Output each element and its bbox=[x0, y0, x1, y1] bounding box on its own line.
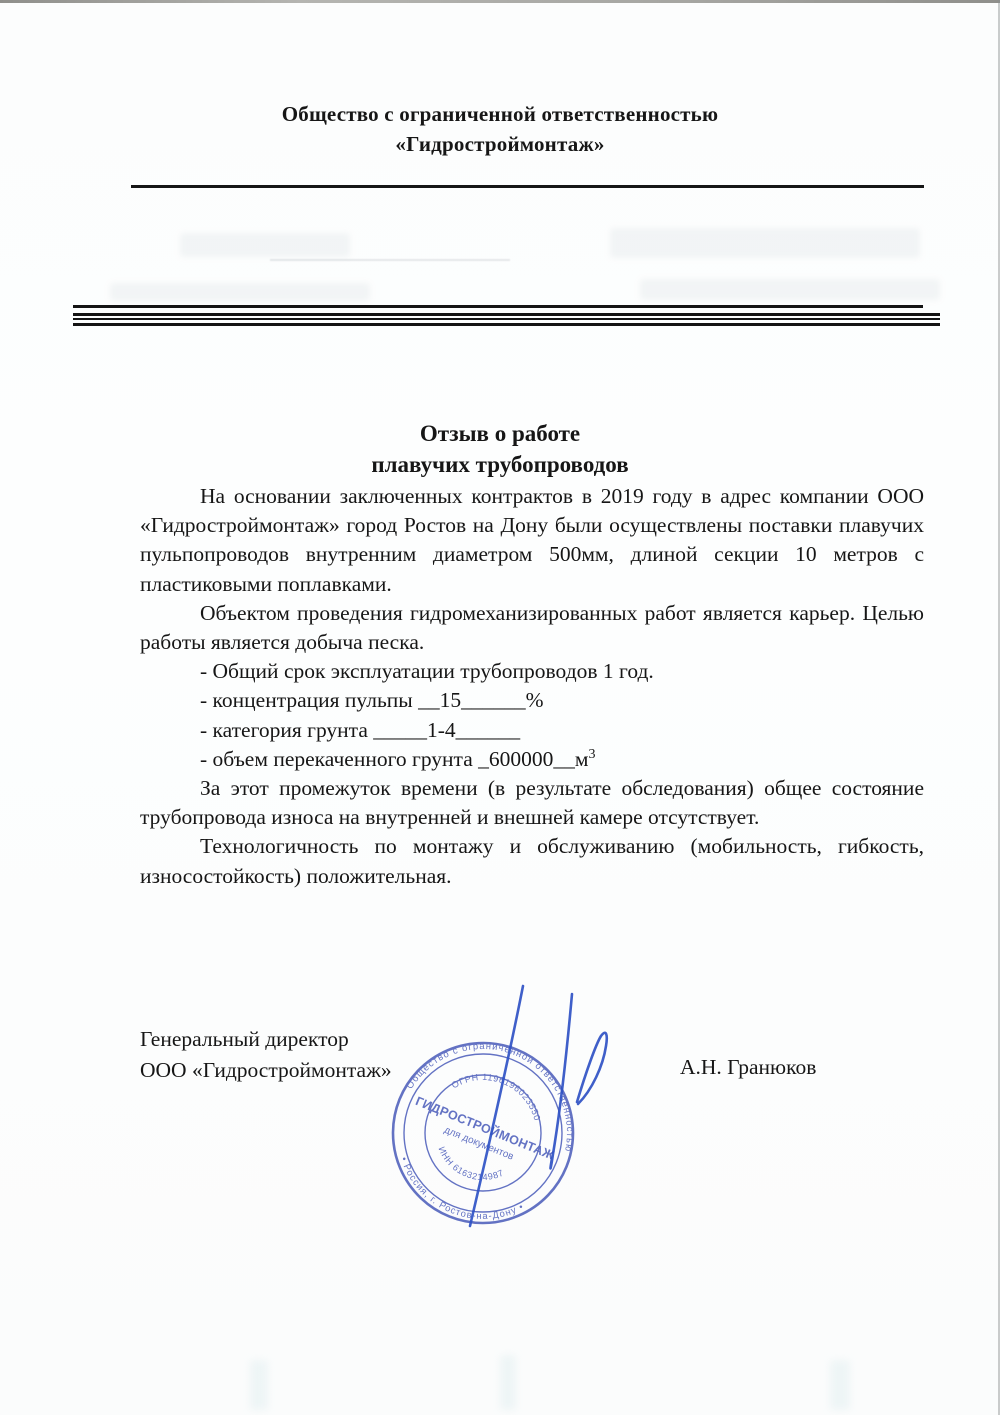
list-item-soil-category: - категория грунта _____1-4______ bbox=[140, 716, 924, 745]
scan-edge-top bbox=[0, 0, 1000, 3]
scan-artifact bbox=[640, 279, 940, 300]
company-name-line1: Общество с ограниченной ответственностью bbox=[0, 99, 1000, 129]
list-item-volume: - объем перекаченного грунта _600000__м3 bbox=[140, 745, 924, 774]
title-line1: Отзыв о работе bbox=[0, 418, 1000, 449]
signature-role-line1: Генеральный директор bbox=[140, 1024, 392, 1055]
document-title: Отзыв о работе плавучих трубопроводов bbox=[0, 418, 1000, 480]
signature-role-line2: ООО «Гидростроймонтаж» bbox=[140, 1055, 392, 1086]
divider-line bbox=[73, 323, 940, 326]
scanned-document-page: Общество с ограниченной ответственностью… bbox=[0, 0, 1000, 1415]
cubic-superscript: 3 bbox=[588, 747, 595, 762]
company-name-line2: «Гидростроймонтаж» bbox=[0, 129, 1000, 159]
signature-stroke-long bbox=[470, 986, 523, 1226]
list-item-concentration: - концентрация пульпы __15______% bbox=[140, 686, 924, 715]
paragraph-2: Объектом проведения гидромеханизированны… bbox=[140, 599, 924, 657]
divider-line bbox=[73, 305, 923, 308]
signature-stroke-mid bbox=[550, 994, 572, 1168]
letterhead-rule bbox=[131, 185, 924, 188]
scan-artifact bbox=[270, 259, 510, 261]
title-line2: плавучих трубопроводов bbox=[0, 449, 1000, 480]
divider-line bbox=[73, 313, 940, 316]
scan-artifact bbox=[180, 233, 350, 257]
list-item-term: - Общий срок эксплуатации трубопроводов … bbox=[140, 657, 924, 686]
company-letterhead: Общество с ограниченной ответственностью… bbox=[0, 99, 1000, 159]
pen-signature bbox=[420, 972, 650, 1242]
scan-artifact bbox=[610, 228, 920, 258]
divider-line bbox=[73, 318, 940, 320]
scan-artifact bbox=[830, 1360, 850, 1410]
paragraph-4: Технологичность по монтажу и обслуживани… bbox=[140, 832, 924, 890]
signature-stroke-hook bbox=[577, 1033, 607, 1104]
document-body: На основании заключенных контрактов в 20… bbox=[140, 482, 924, 891]
paragraph-3: За этот промежуток времени (в результате… bbox=[140, 774, 924, 832]
scan-artifact bbox=[110, 283, 370, 301]
signature-person-name: А.Н. Гранюков bbox=[680, 1055, 816, 1080]
scan-artifact bbox=[250, 1360, 268, 1410]
signature-role-block: Генеральный директор ООО «Гидростроймонт… bbox=[140, 1024, 392, 1086]
scan-artifact bbox=[500, 1355, 516, 1410]
paragraph-1: На основании заключенных контрактов в 20… bbox=[140, 482, 924, 599]
list-item-volume-text: - объем перекаченного грунта _600000__м bbox=[200, 747, 588, 771]
